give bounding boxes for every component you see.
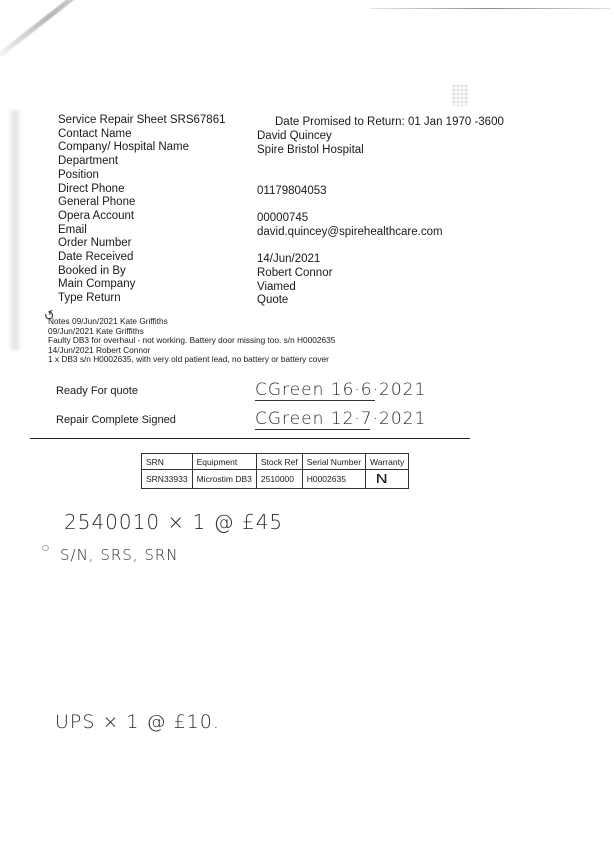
date-promised: Date Promised to Return: 01 Jan 1970 -36…: [275, 116, 504, 128]
field-values: David Quincey Spire Bristol Hospital 011…: [257, 130, 443, 308]
note-line: 1 x DB3 s/n H0002635, with very old pati…: [48, 355, 335, 365]
ready-for-quote-signature: CGreen 16·6·2021: [255, 380, 426, 400]
field-value-position: [257, 171, 443, 185]
notes-section: Notes 09/Jun/2021 Kate Griffiths 09/Jun/…: [48, 317, 335, 365]
field-label: Email: [58, 224, 226, 238]
repair-complete-signature: CGreen 12·7·2021: [255, 409, 426, 429]
field-value-department: [257, 157, 443, 171]
scan-artifact-streak: [0, 0, 110, 64]
column-header-warranty: Warranty: [366, 454, 409, 470]
field-value-direct-phone: 01179804053: [257, 185, 443, 199]
handwritten-note: 2540010 × 1 @ £45: [64, 510, 283, 534]
cell-srn: SRN33933: [142, 470, 193, 489]
warranty-handwritten-mark: N: [367, 472, 388, 486]
column-header-stock-ref: Stock Ref: [256, 454, 302, 470]
column-header-equipment: Equipment: [192, 454, 256, 470]
field-value-booked-in-by: Robert Connor: [257, 267, 443, 281]
field-value-general-phone: [257, 198, 443, 212]
field-value-order-number: [257, 240, 443, 254]
field-value-email: david.quincey@spirehealthcare.com: [257, 226, 443, 240]
handwritten-note: UPS × 1 @ £10.: [55, 711, 220, 733]
field-label: Position: [58, 169, 226, 183]
field-value-type-return: Quote: [257, 294, 443, 308]
field-value-main-company: Viamed: [257, 281, 443, 295]
table-header-row: SRN Equipment Stock Ref Serial Number Wa…: [142, 454, 409, 470]
equipment-table: SRN Equipment Stock Ref Serial Number Wa…: [141, 453, 409, 489]
field-value-company: Spire Bristol Hospital: [257, 144, 443, 158]
field-label: Main Company: [58, 278, 226, 292]
field-label: Direct Phone: [58, 183, 226, 197]
field-label: Date Received: [58, 251, 226, 265]
field-label: Contact Name: [58, 128, 226, 142]
field-label: General Phone: [58, 196, 226, 210]
field-label: Order Number: [58, 237, 226, 251]
repair-complete-label: Repair Complete Signed: [56, 414, 176, 426]
field-label: Type Return: [58, 292, 226, 306]
column-header-srn: SRN: [142, 454, 193, 470]
field-value-contact-name: David Quincey: [257, 130, 443, 144]
scan-artifact-speck: [452, 84, 468, 106]
table-row: SRN33933 Microstim DB3 2510000 H0002635 …: [142, 470, 409, 489]
scan-artifact-edge: [8, 110, 22, 350]
field-label: Booked in By: [58, 265, 226, 279]
signature-underline: [255, 400, 375, 401]
cell-serial-number: H0002635: [302, 470, 365, 489]
pen-mark: [42, 545, 49, 551]
field-label: Opera Account: [58, 210, 226, 224]
cell-equipment: Microstim DB3: [192, 470, 256, 489]
field-label: Department: [58, 155, 226, 169]
field-labels: Service Repair Sheet SRS67861 Contact Na…: [58, 114, 226, 306]
cell-stock-ref: 2510000: [256, 470, 302, 489]
handwritten-note: S/N, SRS, SRN: [60, 546, 179, 564]
column-header-serial-number: Serial Number: [302, 454, 365, 470]
cell-warranty: N: [366, 470, 409, 489]
ready-for-quote-label: Ready For quote: [56, 385, 138, 397]
field-label: Company/ Hospital Name: [58, 141, 226, 155]
section-divider: [30, 438, 470, 439]
field-value-opera-account: 00000745: [257, 212, 443, 226]
scan-artifact-line: [370, 8, 610, 9]
field-value-date-received: 14/Jun/2021: [257, 253, 443, 267]
document-title: Service Repair Sheet SRS67861: [58, 114, 226, 128]
signature-underline: [255, 429, 370, 430]
